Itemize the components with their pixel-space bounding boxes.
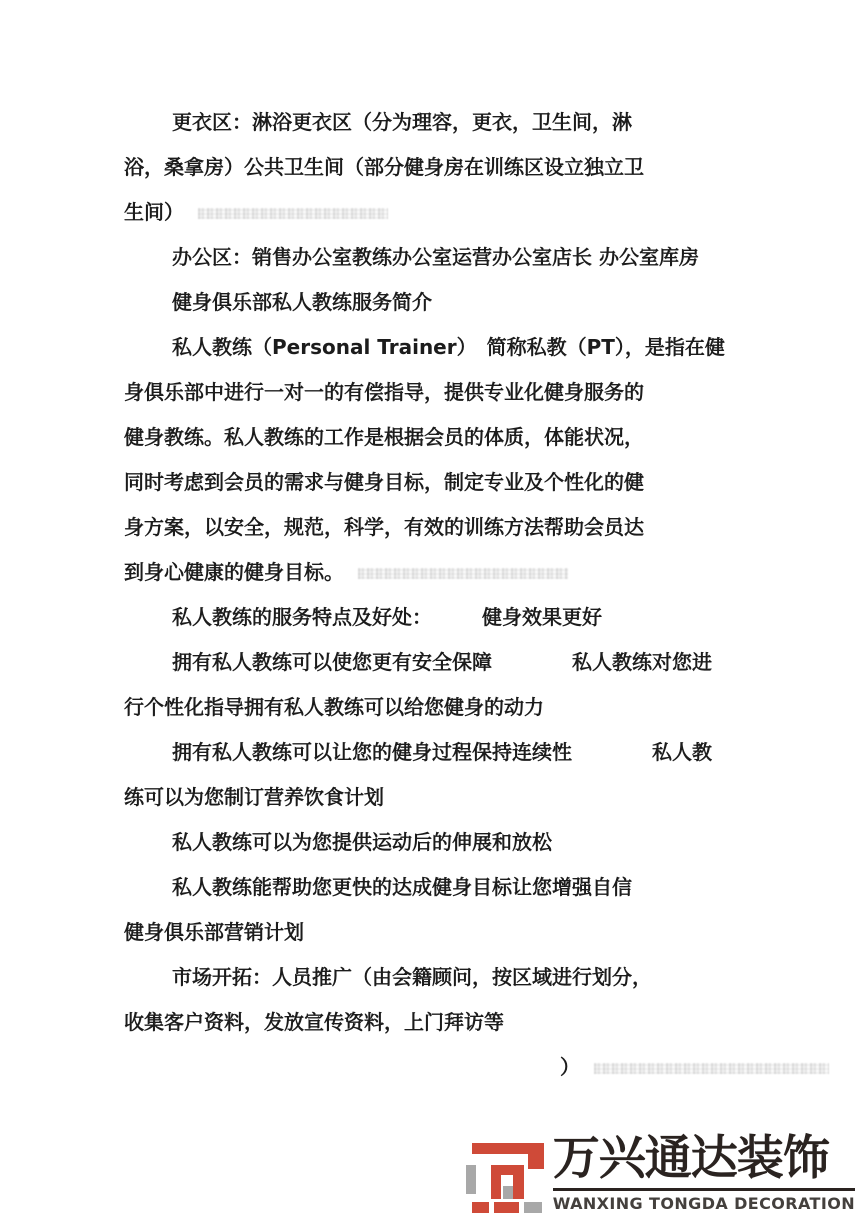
text-line-content: 办公区：销售办公室教练办公室运营办公室店长 办公室库房 <box>172 245 699 269</box>
document-body: 更衣区：淋浴更衣区（分为理容，更衣，卫生间，淋浴，桑拿房）公共卫生间（部分健身房… <box>0 100 860 1090</box>
text-line-content: 私人教练（Personal Trainer） 简称私教（PT），是指在健 <box>172 335 725 359</box>
text-line-content: 身方案，以安全，规范，科学，有效的训练方法帮助会员达 <box>124 515 644 539</box>
text-line: 收集客户资料，发放宣传资料，上门拜访等 <box>124 1000 820 1045</box>
company-logo: 万兴通达装饰 WANXING TONGDA DECORATION <box>466 1133 855 1213</box>
text-line: 健身俱乐部私人教练服务简介 <box>124 280 820 325</box>
text-line-content: 更衣区：淋浴更衣区（分为理容，更衣，卫生间，淋 <box>172 110 632 134</box>
text-line-content: 健身俱乐部营销计划 <box>124 920 304 944</box>
text-line-content: 健身教练。私人教练的工作是根据会员的体质，体能状况， <box>124 425 644 449</box>
logo-chinese-name: 万兴通达装饰 <box>553 1133 855 1185</box>
text-line-content: 行个性化指导拥有私人教练可以给您健身的动力 <box>124 695 544 719</box>
text-line: 到身心健康的健身目标。 <box>124 550 820 595</box>
text-line: 练可以为您制订营养饮食计划 <box>124 775 820 820</box>
faint-watermark-strip <box>358 568 568 579</box>
text-line: 拥有私人教练可以让您的健身过程保持连续性 私人教 <box>124 730 820 775</box>
text-line: 拥有私人教练可以使您更有安全保障 私人教练对您进 <box>124 640 820 685</box>
text-line-content: 生间） <box>124 200 184 224</box>
faint-watermark-strip <box>198 208 388 219</box>
text-line: 浴，桑拿房）公共卫生间（部分健身房在训练区设立独立卫 <box>124 145 820 190</box>
text-line-content: 私人教练可以为您提供运动后的伸展和放松 <box>172 830 552 854</box>
text-line-content: 浴，桑拿房）公共卫生间（部分健身房在训练区设立独立卫 <box>124 155 644 179</box>
logo-mark-icon <box>466 1143 544 1213</box>
text-line: 办公区：销售办公室教练办公室运营办公室店长 办公室库房 <box>124 235 820 280</box>
text-line: 身方案，以安全，规范，科学，有效的训练方法帮助会员达 <box>124 505 820 550</box>
text-line-content: 练可以为您制订营养饮食计划 <box>124 785 384 809</box>
text-line-content: 私人教练能帮助您更快的达成健身目标让您增强自信 <box>172 875 632 899</box>
text-line: 私人教练可以为您提供运动后的伸展和放松 <box>124 820 820 865</box>
text-line-content: 拥有私人教练可以让您的健身过程保持连续性 私人教 <box>172 740 712 764</box>
text-line: 私人教练的服务特点及好处： 健身效果更好 <box>124 595 820 640</box>
text-line: 身俱乐部中进行一对一的有偿指导，提供专业化健身服务的 <box>124 370 820 415</box>
text-line-content: 收集客户资料，发放宣传资料，上门拜访等 <box>124 1010 504 1034</box>
text-line-content: 健身俱乐部私人教练服务简介 <box>172 290 432 314</box>
text-line-content: 市场开拓：人员推广（由会籍顾问，按区域进行划分， <box>172 965 652 989</box>
text-line: 私人教练（Personal Trainer） 简称私教（PT），是指在健 <box>124 325 820 370</box>
text-line: 生间） <box>124 190 820 235</box>
logo-text-block: 万兴通达装饰 WANXING TONGDA DECORATION <box>553 1133 855 1213</box>
text-line: 行个性化指导拥有私人教练可以给您健身的动力 <box>124 685 820 730</box>
text-line: 私人教练能帮助您更快的达成健身目标让您增强自信 <box>124 865 820 910</box>
text-line: 健身俱乐部营销计划 <box>124 910 820 955</box>
text-line-content: 私人教练的服务特点及好处： 健身效果更好 <box>172 605 602 629</box>
text-line-content: ） <box>560 1055 580 1079</box>
text-line: 同时考虑到会员的需求与健身目标，制定专业及个性化的健 <box>124 460 820 505</box>
text-line-content: 身俱乐部中进行一对一的有偿指导，提供专业化健身服务的 <box>124 380 644 404</box>
logo-english-name: WANXING TONGDA DECORATION <box>553 1188 855 1213</box>
text-line: 更衣区：淋浴更衣区（分为理容，更衣，卫生间，淋 <box>124 100 820 145</box>
text-line-content: 到身心健康的健身目标。 <box>124 560 344 584</box>
text-line: ） <box>124 1045 820 1090</box>
text-line: 市场开拓：人员推广（由会籍顾问，按区域进行划分， <box>124 955 820 1000</box>
text-line-content: 拥有私人教练可以使您更有安全保障 私人教练对您进 <box>172 650 712 674</box>
text-line: 健身教练。私人教练的工作是根据会员的体质，体能状况， <box>124 415 820 460</box>
text-line-content: 同时考虑到会员的需求与健身目标，制定专业及个性化的健 <box>124 470 644 494</box>
faint-watermark-strip <box>594 1063 829 1074</box>
